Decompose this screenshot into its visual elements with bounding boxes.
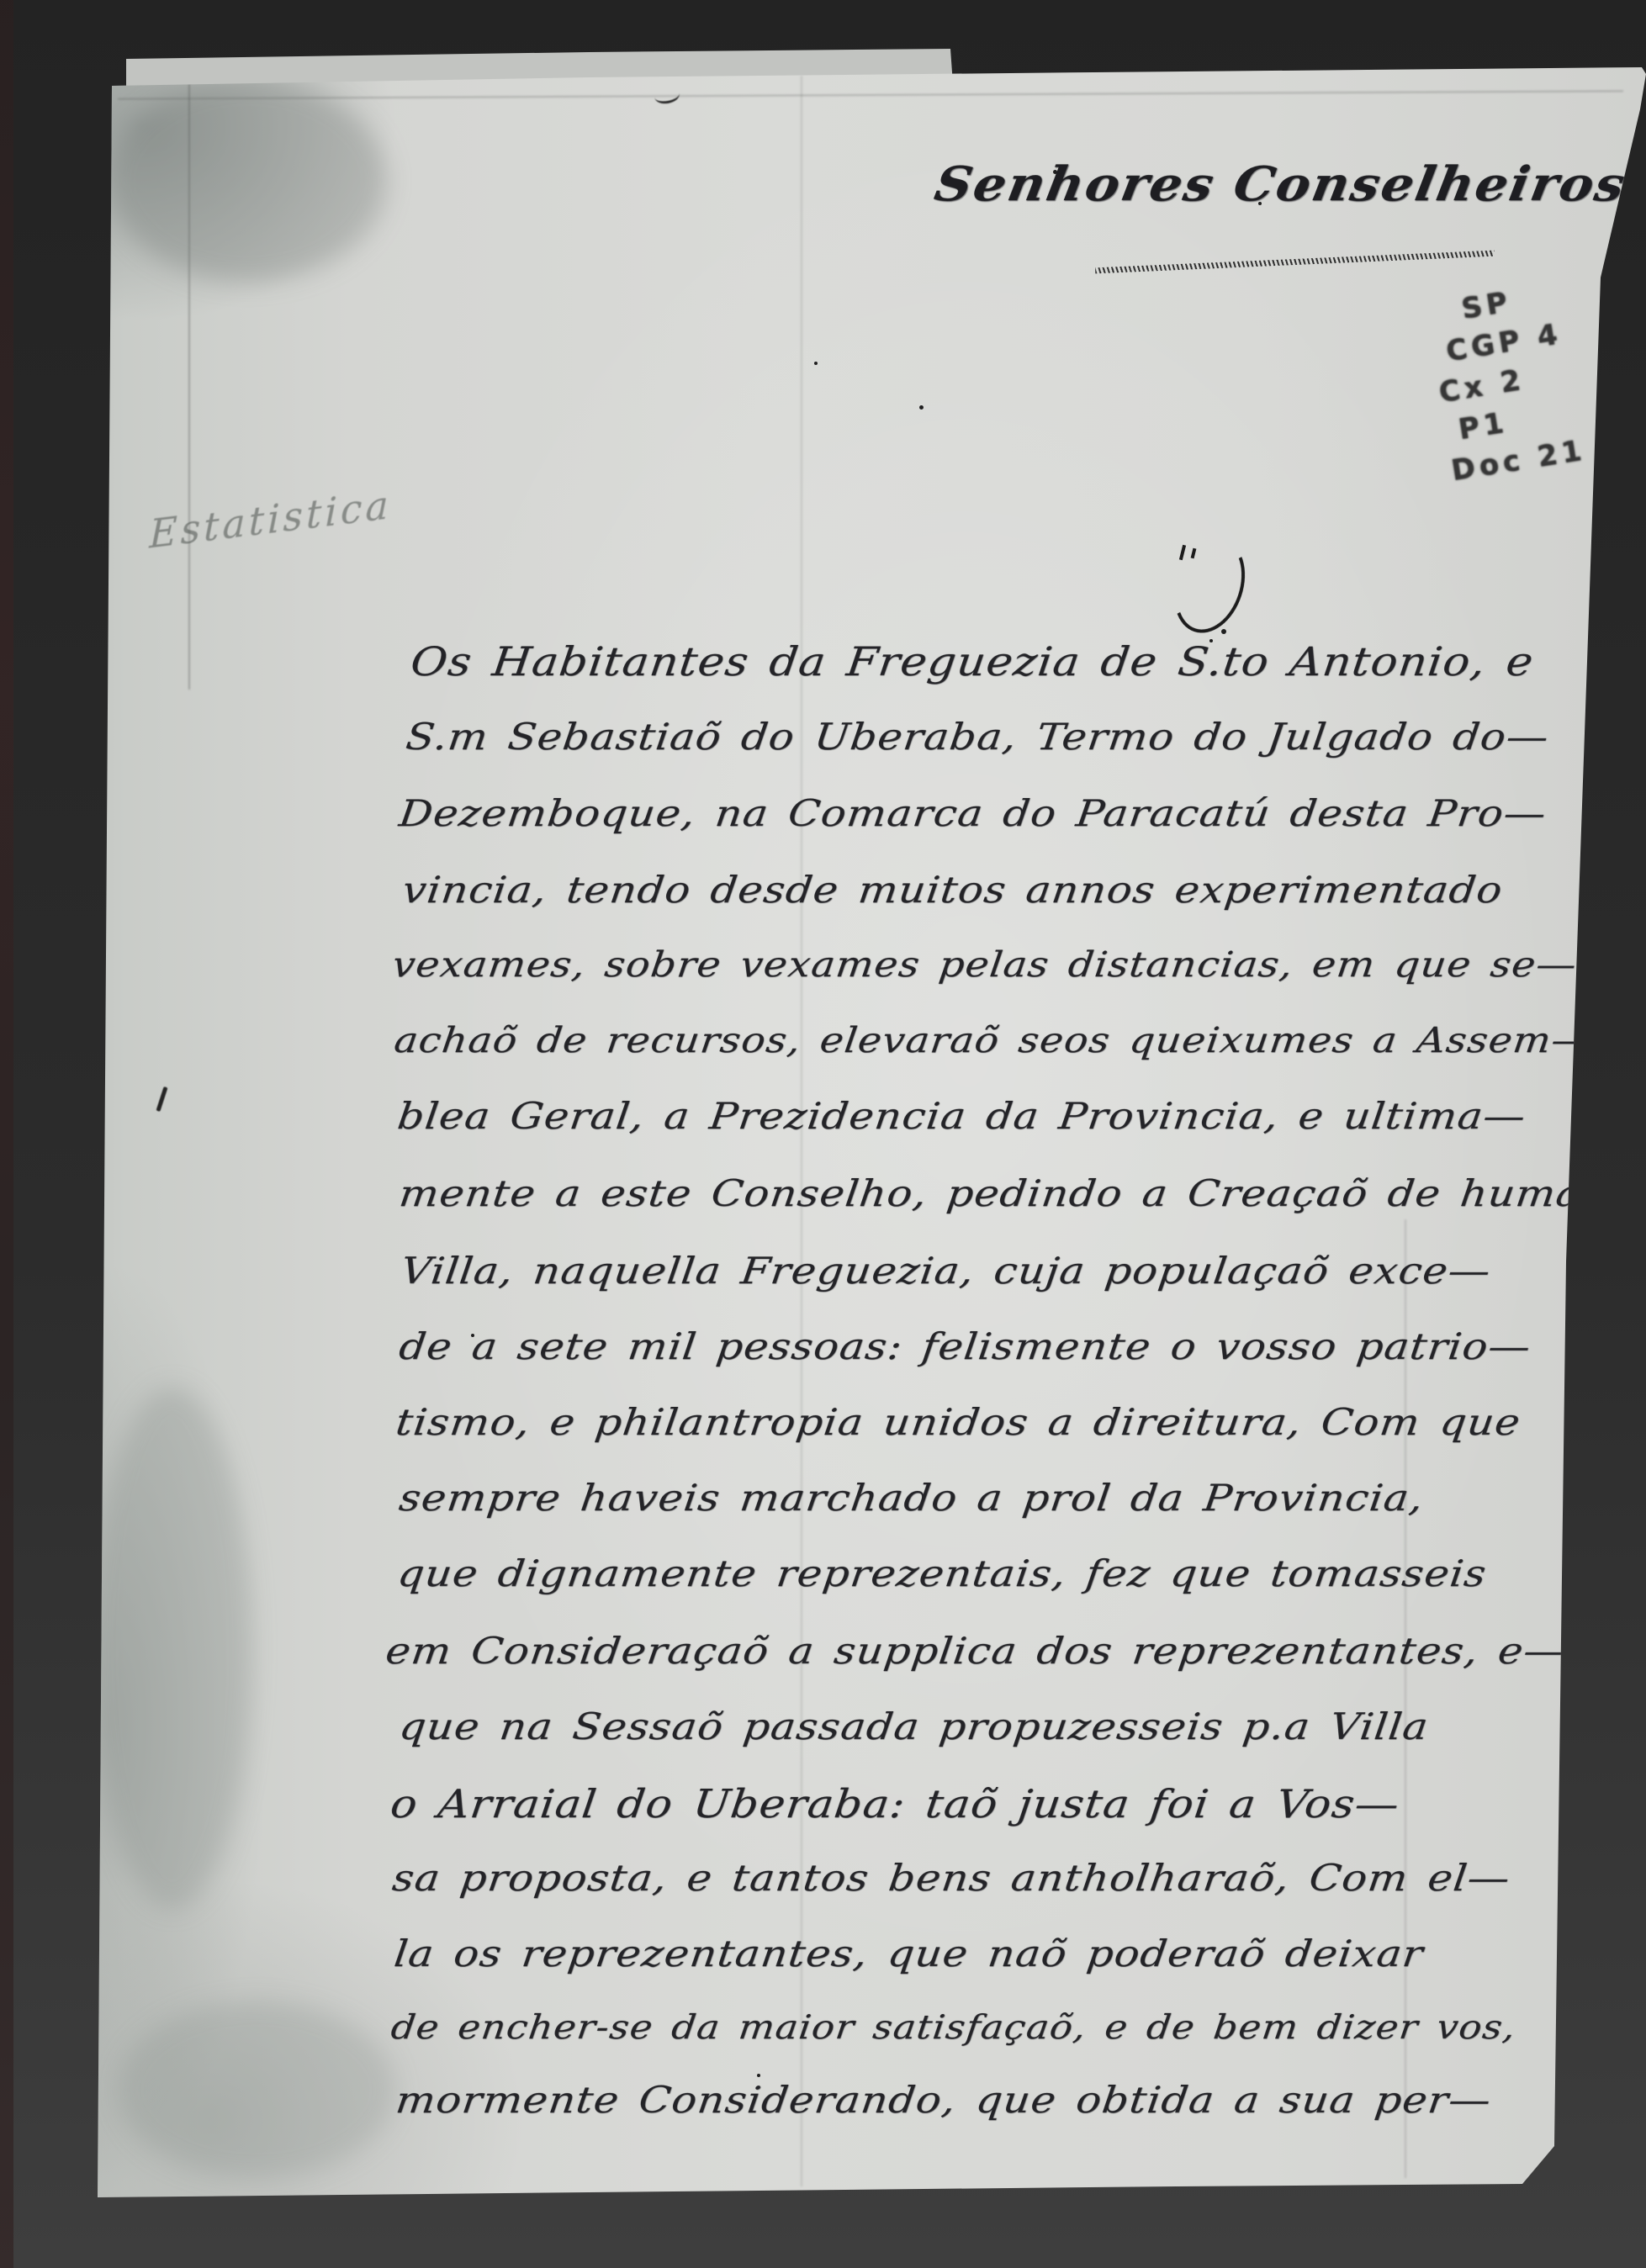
body-line-4: vincia, tendo desde muitos annos experim… (400, 869, 1506, 912)
body-line-13: que dignamente reprezentais, fez que tom… (395, 1552, 1490, 1595)
ink-squiggle-top (654, 86, 681, 106)
body-line-17: sa proposta, e tantos bens antholharaõ, … (390, 1857, 1513, 1900)
film-edge-band (0, 0, 13, 2268)
manuscript-page: Senhores Conselheiros SP CGP 4 Cx 2 P1 D… (0, 0, 1646, 2268)
ink-flourish-arc (1162, 528, 1257, 642)
body-line-14: em Consideraçaõ a supplica dos reprezent… (384, 1630, 1569, 1673)
body-line-16: o Arraial do Uberaba: taõ justa foi a Vo… (388, 1781, 1402, 1827)
paper-crease-horizontal-top (118, 90, 1623, 99)
stain-top-left-corner (109, 80, 387, 282)
body-line-19: de encher-se da maior satisfaçaõ, e de b… (389, 2008, 1518, 2047)
body-line-6: achaõ de recursos, elevaraõ seos queixum… (392, 1019, 1595, 1060)
ink-blot-left-margin (156, 1086, 167, 1112)
document-salutation: Senhores Conselheiros (930, 156, 1631, 212)
body-line-9: Villa, naquella Freguezia, cuja populaça… (399, 1250, 1494, 1293)
body-line-20: mormente Considerando, que obtida a sua … (394, 2079, 1494, 2122)
pencil-margin-note: Estatistica (149, 482, 392, 558)
ink-speck (757, 2074, 760, 2077)
body-line-2: S.m Sebastiaõ do Uberaba, Termo do Julga… (404, 716, 1552, 759)
salutation-flourish-underline (1095, 251, 1495, 274)
body-line-8: mente a este Conselho, pedindo a Creaçaõ… (397, 1172, 1585, 1215)
body-line-3: Dezemboque, na Comarca do Paracatú desta… (397, 792, 1549, 835)
water-stain-bottom-left (118, 2001, 395, 2178)
scanned-document-photo: Senhores Conselheiros SP CGP 4 Cx 2 P1 D… (0, 0, 1646, 2268)
ink-speck (814, 362, 818, 365)
body-line-11: tismo, e philantropia unidos a direitura… (394, 1401, 1523, 1444)
body-line-5: vexames, sobre vexames pelas distancias,… (390, 944, 1580, 985)
ink-speck (919, 405, 924, 410)
water-stain-left-lower (93, 1388, 252, 1909)
archival-reference-stamp: SP CGP 4 Cx 2 P1 Doc 21 (1424, 275, 1589, 491)
body-line-1: Os Habitantes da Freguezia de S.to Anton… (408, 639, 1536, 685)
body-line-18: la os reprezentantes, que naõ poderaõ de… (392, 1932, 1426, 1975)
body-line-7: blea Geral, a Prezidencia da Provincia, … (395, 1095, 1528, 1138)
body-line-15: que na Sessaõ passada propuzesseis p.a V… (397, 1705, 1432, 1748)
body-line-10: de a sete mil pessoas: felismente o voss… (397, 1325, 1533, 1368)
ink-speck (1221, 629, 1226, 634)
body-line-12: sempre haveis marchado a prol da Provinc… (397, 1477, 1426, 1520)
